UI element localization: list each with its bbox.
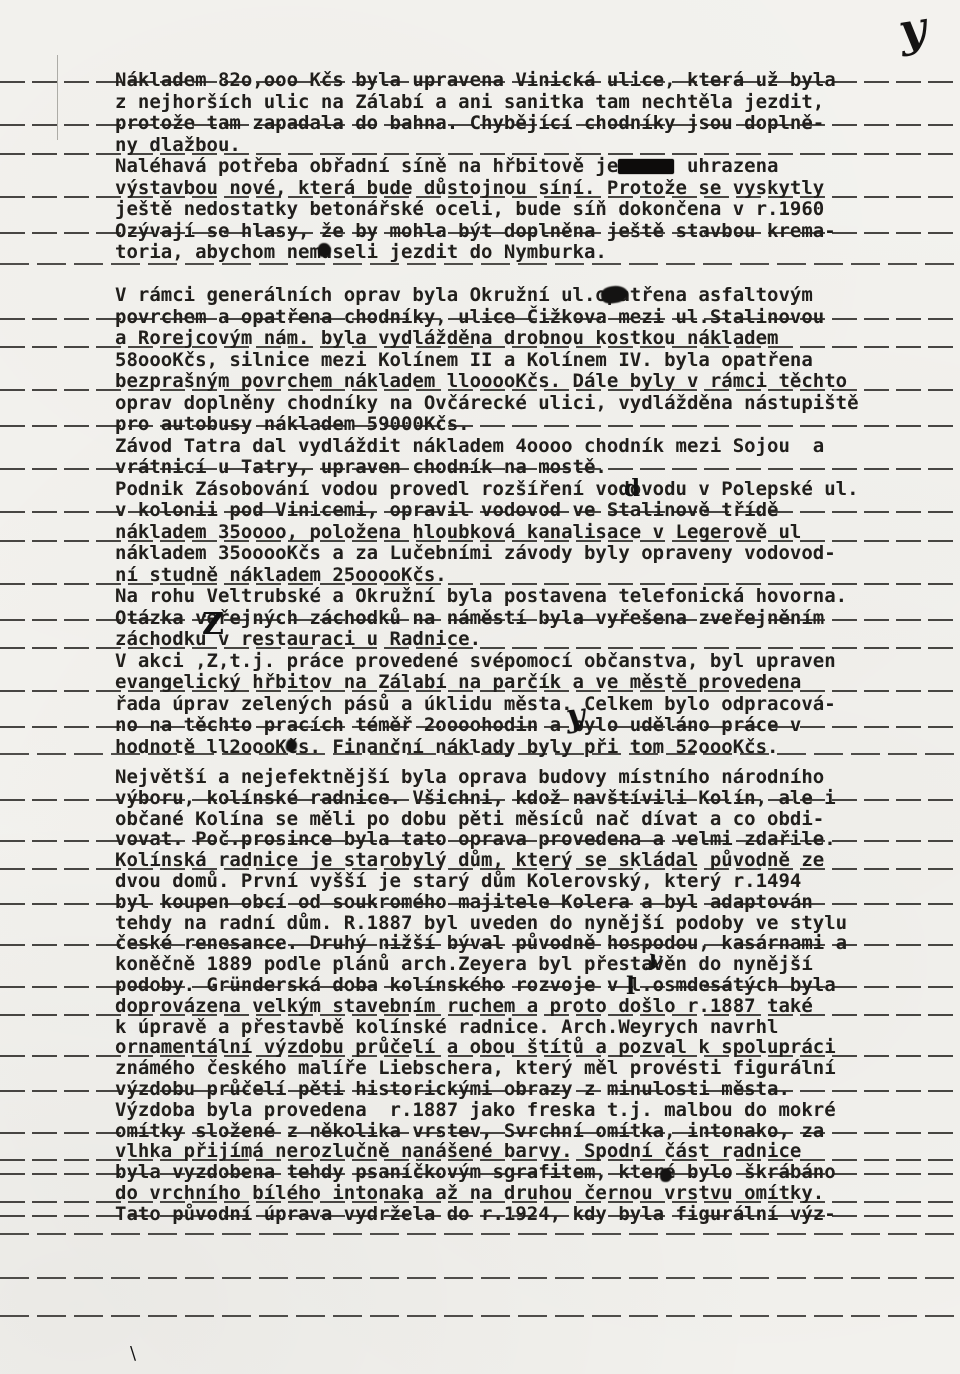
typewritten-text: výboru, kolínské radnice. Všichni, kdož … [115,787,836,809]
text-line: řada úprav zelených pásů a úklidu města.… [115,694,960,716]
typewritten-text: Tato původní úprava vydržela do r.1924, … [115,1203,836,1225]
typewritten-text: Na rohu Veltrubské a Okružní byla postav… [115,585,847,607]
text-line: Ozývají se hlasy, že by mohla být doplně… [115,221,960,243]
strikethrough-rule [0,124,958,126]
text-line: Tato původní úprava vydržela do r.1924, … [115,1204,960,1225]
text-line: koněčně 1889 podle plánů arch.Zeyera byl… [115,954,960,975]
strikethrough-rule [0,726,958,728]
strikethrough-rule [0,1215,958,1217]
text-line: byl koupen obcí od soukromého majitele K… [115,892,960,913]
text-line: vrátnicí u Tatry, upraven chodník na mos… [115,457,960,479]
text-line: nákladem 35oooo, položena hloubková kana… [115,522,960,544]
text-line: povrchem a opatřena chodníky, ulice Čižk… [115,307,960,329]
typewritten-text: Ozývají se hlasy, že by mohla být doplně… [115,220,836,242]
typewritten-text: z nejhorších ulic na Zálabí a ani sanitk… [115,91,824,113]
text-line: občané Kolína se měli po dobu pěti měsíc… [115,809,960,830]
text-line: V rámci generálních oprav byla Okružní u… [115,285,960,307]
text-line: výboru, kolínské radnice. Všichni, kdož … [115,788,960,809]
redaction-mark [618,159,674,174]
text-line: no na těchto pracích téměř 2oooohodin a … [115,715,960,737]
text-line: Otázka veřejných záchodků na náměstí byl… [115,608,960,630]
strikethrough-rule [0,468,958,470]
text-line: výstavbou nové, která bude důstojnou sín… [115,178,960,200]
handwritten-mark: \ [130,1345,136,1363]
text-line: evangelický hřbitov na Zálabí na parčík … [115,672,960,694]
handwritten-mark: y [564,698,586,732]
strikethrough-rule [0,1090,958,1092]
typewritten-text: nákladem 35ooooKčs a za Lučebními závody… [115,542,836,564]
text-line: výzdobu průčelí pěti historickými obrazy… [115,1079,960,1100]
handwritten-mark: d [624,477,640,500]
text-line: tehdy na radní dům. R.1887 byl uveden do… [115,913,960,934]
typewritten-text: Naléhavá potřeba obřadní síně na hřbitov… [115,155,778,177]
strikethrough-rule [0,81,958,83]
text-line: 58oooKčs, silnice mezi Kolínem II a Kolí… [115,350,960,372]
strikethrough-rule [0,840,958,842]
underline-rule [0,1201,958,1203]
typewritten-text: ještě nedostatky betonářské oceli, bude … [115,198,824,220]
typewritten-text: řada úprav zelených pásů a úklidu města.… [115,693,836,715]
text-line: ny dlažbou. [115,135,960,157]
underline-rule [0,1055,958,1057]
text-line: bezprašným povrchem nákladem llooooKčs. … [115,371,960,393]
paragraph-1: Nákladem 82o,ooo Kčs byla upravena Vinic… [115,70,960,264]
typewritten-text: no na těchto pracích téměř 2oooohodin a … [115,714,801,736]
underline-rule [0,1159,958,1161]
paragraph-2: V rámci generálních oprav byla Okružní u… [115,285,960,758]
ink-blot-mark [318,243,331,257]
dashed-separator-rule [0,1233,958,1235]
typewritten-text: podoby. Gründerská doba kolínského rozvo… [115,974,836,996]
typewritten-text: v kolonii pod Vinicemi, opravil vodovod … [115,499,778,521]
typewritten-text: oprav doplněny chodníky na Ovčárecké uli… [115,392,859,414]
typewritten-text: dvou domů. První vyšší je starý dům Kole… [115,870,801,892]
text-line: Závod Tatra dal vydláždit nákladem 4oooo… [115,436,960,458]
text-line: byla vyzdobena tehdy psaníčkovým sgrafit… [115,1162,960,1183]
typewritten-text: byl koupen obcí od soukromého majitele K… [115,891,813,913]
text-line: Nákladem 82o,ooo Kčs byla upravena Vinic… [115,70,960,92]
typewritten-text: známého českého malíře Liebschera, který… [115,1057,836,1079]
text-line: a Rorejcovým nám. byla vydlážděna drobno… [115,328,960,350]
underline-rule [0,1014,958,1016]
strikethrough-rule [0,903,958,905]
text-line: v kolonii pod Vinicemi, opravil vodovod … [115,500,960,522]
text-line: protože tam zapadala do bahna. Chybějící… [115,113,960,135]
typewritten-text: k úpravě a přestavbě kolínské radnice. A… [115,1016,778,1038]
typewritten-text: Podnik Zásobování vodou provedl rozšířen… [115,478,859,500]
text-line: známého českého malíře Liebschera, který… [115,1058,960,1079]
document-page: y Nákladem 82o,ooo Kčs byla upravena Vin… [0,0,960,1374]
text-line: Největší a nejefektnější byla oprava bud… [115,767,960,788]
text-line: omítky složené z několika vrstev, Svrchn… [115,1121,960,1142]
text-line: ornamentální výzdobu průčelí a obou štít… [115,1037,960,1058]
text-line: k úpravě a přestavbě kolínské radnice. A… [115,1017,960,1038]
handwritten-mark: Z [202,610,224,640]
text-line: do vrchního bílého intonaka až na druhou… [115,1183,960,1204]
text-line: Podnik Zásobování vodou provedl rozšířen… [115,479,960,501]
text-line: ní studně nákladem 25ooooKčs. [115,565,960,587]
typewritten-text: hodnotě ll2oooKčs. Finanční náklady byly… [115,736,778,758]
text-line: z nejhorších ulic na Zálabí a ani sanitk… [115,92,960,114]
typewritten-text: vovat. Poč.prosince byla tato oprava pro… [115,828,836,850]
typewritten-text: občané Kolína se měli po dobu pěti měsíc… [115,808,824,830]
text-line: Kolínská radnice je starobylý dům, který… [115,850,960,871]
strikethrough-rule [0,425,958,427]
dashed-separator-rule [0,263,958,265]
typewritten-text: protože tam zapadala do bahna. Chybějící… [115,112,824,134]
typewritten-text: Největší a nejefektnější byla oprava bud… [115,766,824,788]
margin-guide-line [57,55,58,140]
typewritten-text: V akci ,Z,t.j. práce provedené svépomocí… [115,650,836,672]
handwritten-mark: l [626,974,635,998]
strikethrough-rule [0,318,958,320]
underline-rule [0,196,958,198]
text-line: podoby. Gründerská doba kolínského rozvo… [115,975,960,996]
underline-rule [0,583,958,585]
underline-rule [0,690,958,692]
typewritten-text: pro autobusy nákladem 59000Kčs. [115,413,470,435]
text-line: toria, abychom nemuseli jezdit do Nymbur… [115,242,960,264]
typewritten-text: české renesance. Druhý nižší býval původ… [115,932,847,954]
underline-rule [0,868,958,870]
strikethrough-rule [0,986,958,988]
typewritten-text: 58oooKčs, silnice mezi Kolínem II a Kolí… [115,349,813,371]
text-line: oprav doplněny chodníky na Ovčárecké uli… [115,393,960,415]
typewritten-text: výzdobu průčelí pěti historickými obrazy… [115,1078,790,1100]
strikethrough-rule [0,799,958,801]
handwritten-page-number: y [895,0,930,58]
strikethrough-rule [0,1173,958,1175]
text-line: Na rohu Veltrubské a Okružní byla postav… [115,586,960,608]
text-line: dvou domů. První vyšší je starý dům Kole… [115,871,960,892]
strikethrough-rule [0,511,958,513]
underline-rule [0,346,958,348]
strikethrough-rule [0,944,958,946]
strikethrough-rule [0,619,958,621]
underline-rule [0,389,958,391]
text-line: Výzdoba byla provedena r.1887 jako fresk… [115,1100,960,1121]
typewritten-text: toria, abychom nemuseli jezdit do Nymbur… [115,241,607,263]
underline-rule [0,540,958,542]
typewritten-text: vrátnicí u Tatry, upraven chodník na mos… [115,456,607,478]
text-line: pro autobusy nákladem 59000Kčs. [115,414,960,436]
text-line: české renesance. Druhý nižší býval původ… [115,933,960,954]
underline-rule [0,647,958,649]
text-line: V akci ,Z,t.j. práce provedené svépomocí… [115,651,960,673]
typewritten-text: omítky složené z několika vrstev, Svrchn… [115,1120,824,1142]
underline-rule [0,153,958,155]
text-line: vlhka přijímá nerozlučně nanášené barvy.… [115,1141,960,1162]
strikethrough-rule [0,232,958,234]
typewritten-text: tehdy na radní dům. R.1887 byl uveden do… [115,912,847,934]
text-line: nákladem 35ooooKčs a za Lučebními závody… [115,543,960,565]
typewritten-text: Nákladem 82o,ooo Kčs byla upravena Vinic… [115,69,836,91]
text-line: doprovázena velkým stavebním ruchem a pr… [115,996,960,1017]
text-line: ještě nedostatky betonářské oceli, bude … [115,199,960,221]
ink-blot-mark [660,1168,672,1182]
typewritten-text: V rámci generálních oprav byla Okružní u… [115,284,813,306]
dashed-separator-rule [0,1315,958,1317]
text-line: Naléhavá potřeba obřadní síně na hřbitov… [115,156,960,178]
strikethrough-rule [0,1132,958,1134]
typewritten-text: Závod Tatra dal vydláždit nákladem 4oooo… [115,435,824,457]
typewritten-text: povrchem a opatřena chodníky, ulice Čižk… [115,306,824,328]
text-line: vovat. Poč.prosince byla tato oprava pro… [115,829,960,850]
text-line: záchodku v restauraci u Radnice. [115,629,960,651]
paragraph-3: Největší a nejefektnější byla oprava bud… [115,767,960,1225]
typewritten-text: koněčně 1889 podle plánů arch.Zeyera byl… [115,953,813,975]
typewritten-text: Výzdoba byla provedena r.1887 jako fresk… [115,1099,836,1121]
dashed-separator-rule [0,1277,958,1279]
typewritten-text: byla vyzdobena tehdy psaníčkovým sgrafit… [115,1161,836,1183]
